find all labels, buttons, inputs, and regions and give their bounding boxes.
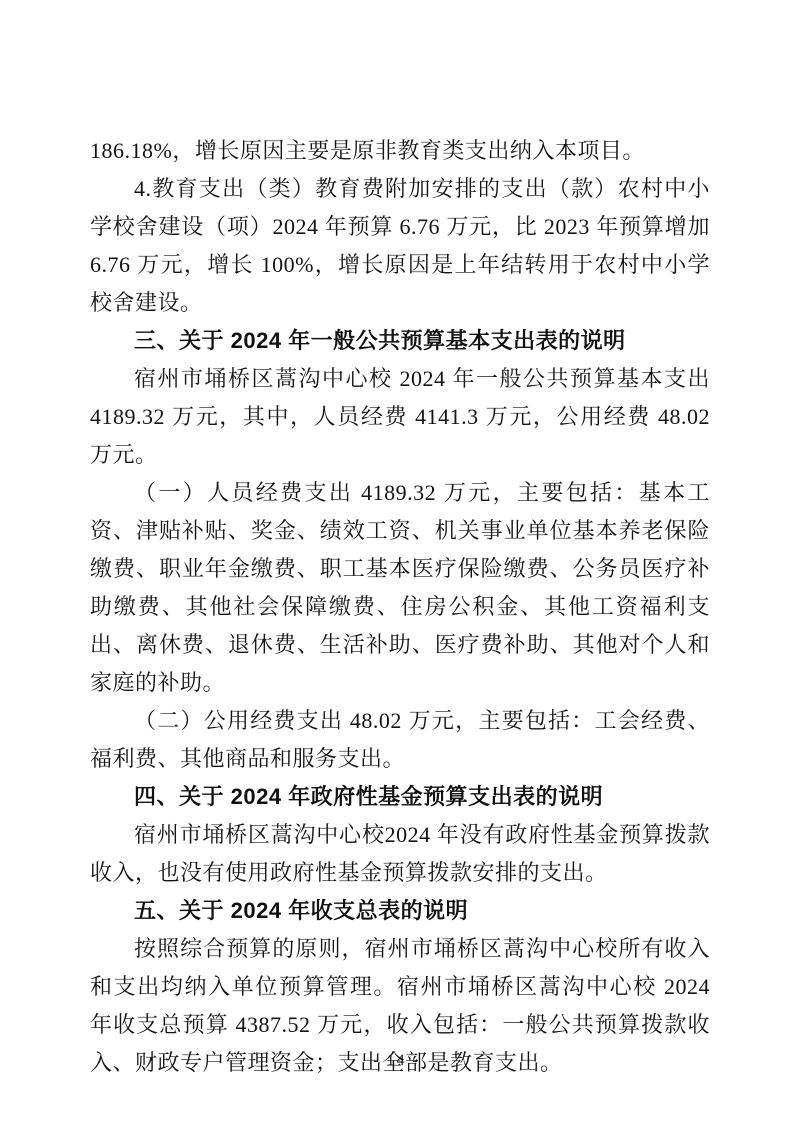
document-page: 186.18%，增长原因主要是原非教育类支出纳入本项目。 4.教育支出（类）教育… — [0, 0, 793, 1122]
paragraph-government-fund: 宿州市埇桥区蒿沟中心校2024 年没有政府性基金预算拨款收入，也没有使用政府性基… — [90, 816, 710, 892]
paragraph-basic-expense-total: 宿州市埇桥区蒿沟中心校 2024 年一般公共预算基本支出 4189.32 万元，… — [90, 360, 710, 474]
paragraph-continuation: 186.18%，增长原因主要是原非教育类支出纳入本项目。 — [90, 132, 710, 170]
section-heading-3-basic-expense: 三、关于 2024 年一般公共预算基本支出表的说明 — [90, 322, 710, 360]
document-content: 186.18%，增长原因主要是原非教育类支出纳入本项目。 4.教育支出（类）教育… — [90, 132, 710, 1082]
page-number: - 14 - — [373, 1052, 420, 1069]
paragraph-education-expense-item4: 4.教育支出（类）教育费附加安排的支出（款）农村中小学校舍建设（项）2024 年… — [90, 170, 710, 322]
paragraph-public-expense: （二）公用经费支出 48.02 万元，主要包括：工会经费、福利费、其他商品和服务… — [90, 702, 710, 778]
paragraph-personnel-expense: （一）人员经费支出 4189.32 万元，主要包括：基本工资、津贴补贴、奖金、绩… — [90, 474, 710, 702]
page-footer: - 14 - — [0, 1052, 793, 1070]
section-heading-5-revenue-expense-summary: 五、关于 2024 年收支总表的说明 — [90, 892, 710, 930]
section-heading-4-government-fund: 四、关于 2024 年政府性基金预算支出表的说明 — [90, 778, 710, 816]
